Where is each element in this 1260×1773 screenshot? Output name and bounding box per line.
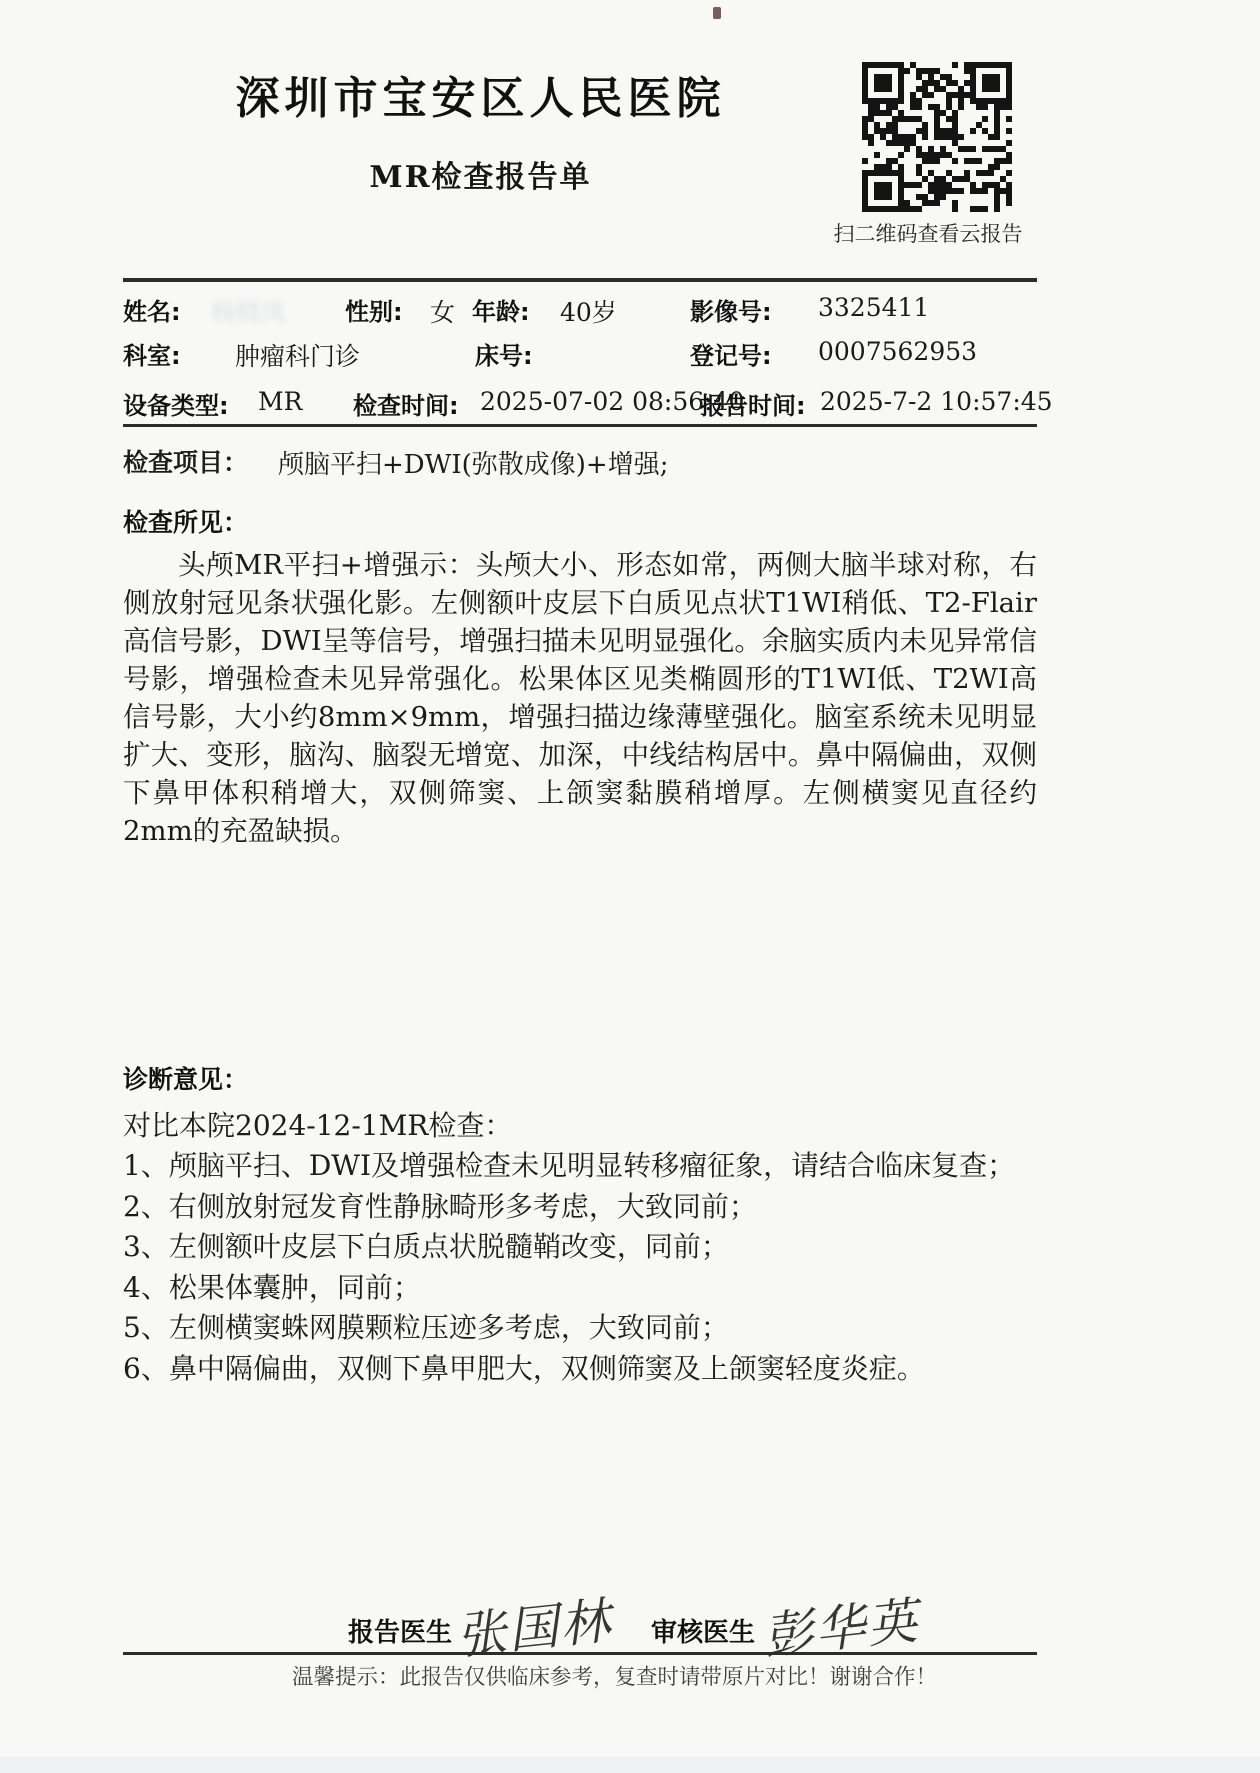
bed-label: 床号: [475,336,533,371]
age-label: 年龄: [472,292,530,327]
signature-row: 报告医生 张国林 审核医生 彭华英 [123,1592,1037,1656]
diagnosis-item: 3、左侧额叶皮层下白质点状脱髓鞘改变，同前； [123,1227,1037,1268]
diagnosis-item: 4、松果体囊肿，同前； [123,1268,1037,1309]
review-doctor-label: 审核医生 [651,1612,755,1649]
findings-body: 头颅MR平扫+增强示：头颅大小、形态如常，两侧大脑半球对称，右侧放射冠见条状强化… [123,546,1037,850]
diagnosis-item: 1、颅脑平扫、DWI及增强检查未见明显转移瘤征象，请结合临床复查； [123,1146,1037,1187]
diagnosis-item: 6、鼻中隔偏曲，双侧下鼻甲肥大，双侧筛窦及上颌窦轻度炎症。 [123,1349,1037,1390]
gender-value: 女 [430,293,455,329]
diagnosis-heading: 诊断意见： [123,1060,248,1096]
diagnosis-item: 2、右侧放射冠发育性静脉畸形多考虑，大致同前； [123,1187,1037,1228]
patient-info-row-3: 设备类型: MR 检查时间: 2025-07-02 08:56:40 报告时间:… [123,386,1037,418]
patient-info-row-2: 科室: 肿瘤科门诊 床号: 登记号: 0007562953 [123,336,1037,368]
diagnosis-item: 5、左侧横窦蛛网膜颗粒压迹多考虑，大致同前； [123,1308,1037,1349]
image-no-value: 3325411 [818,293,929,322]
findings-heading: 检查所见： [123,503,248,539]
dept-value: 肿瘤科门诊 [235,337,360,373]
device-value: MR [258,387,302,416]
gender-label: 性别: [345,292,403,327]
image-no-label: 影像号: [690,292,772,327]
exam-item-row: 检查项目： 颅脑平扫+DWI(弥散成像)+增强; [123,443,1037,477]
review-doctor-signature: 彭华英 [763,1579,928,1669]
divider-info [123,424,1037,427]
report-doctor-signature: 张国林 [456,1579,621,1669]
device-label: 设备类型: [123,386,229,421]
diagnosis-intro: 对比本院2024-12-1MR检查： [123,1104,1037,1144]
patient-info-row-1: 姓名: 杨晓凤 性别: 女 年龄: 40岁 影像号: 3325411 [123,292,1037,324]
report-time-label: 报告时间: [700,386,806,421]
footer-notice: 温馨提示：此报告仅供临床参考，复查时请带原片对比！谢谢合作！ [123,1660,937,1691]
name-label: 姓名: [123,292,181,327]
scan-edge-band [0,1757,1260,1773]
name-value: 杨晓凤 [211,293,286,329]
qr-caption: 扫二维码查看云报告 [812,218,1044,248]
scan-artifact [713,7,721,19]
age-value: 40岁 [560,293,617,329]
exam-item-value: 颅脑平扫+DWI(弥散成像)+增强; [278,444,668,481]
reg-no-value: 0007562953 [818,337,977,366]
dept-label: 科室: [123,336,181,371]
reg-no-label: 登记号: [690,336,772,371]
hospital-name: 深圳市宝安区人民医院 [123,62,838,126]
qr-code-icon [862,62,1012,212]
report-doctor-label: 报告医生 [348,1612,452,1649]
exam-item-label: 检查项目： [123,443,248,479]
divider-top [123,278,1037,282]
report-time-value: 2025-7-2 10:57:45 [820,387,1053,416]
exam-time-label: 检查时间: [353,386,459,421]
report-title: MR检查报告单 [123,152,838,196]
diagnosis-list: 1、颅脑平扫、DWI及增强检查未见明显转移瘤征象，请结合临床复查； 2、右侧放射… [123,1146,1037,1389]
divider-bottom [123,1652,1037,1655]
mr-report-page: 深圳市宝安区人民医院 MR检查报告单 扫二维码查看云报告 姓名: 杨晓凤 性别:… [0,0,1260,1773]
